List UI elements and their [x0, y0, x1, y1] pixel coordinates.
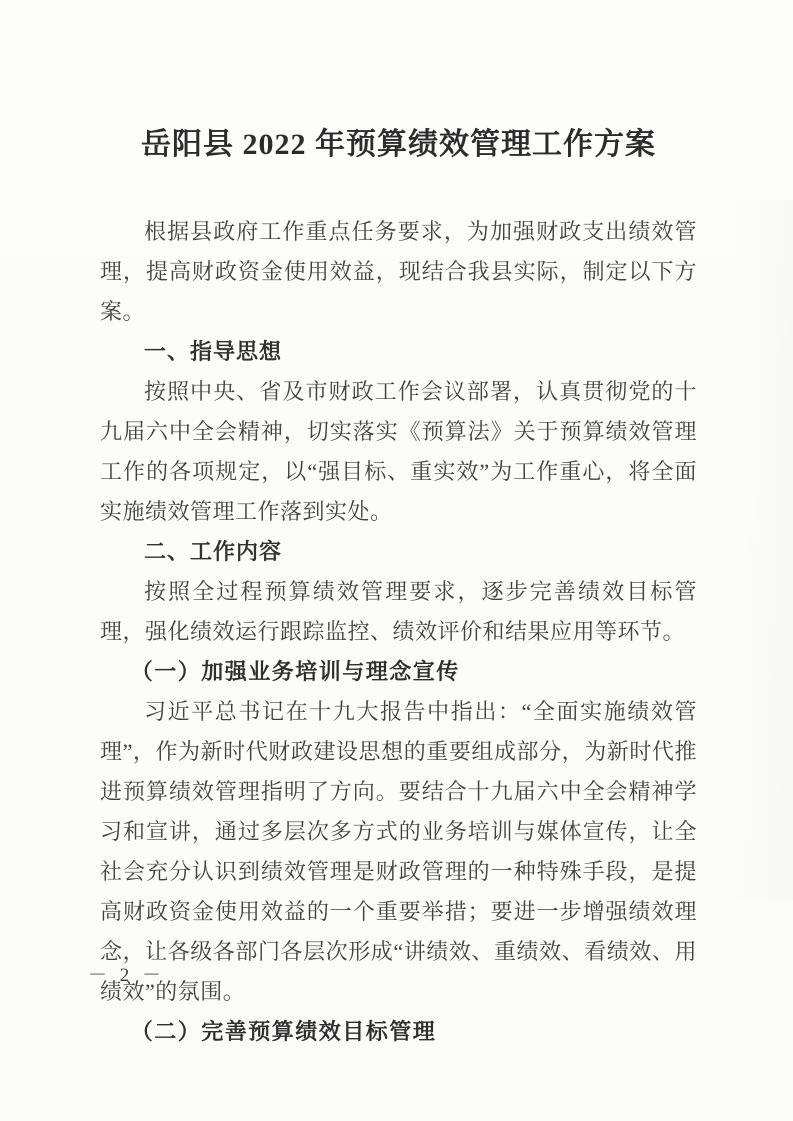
heading-section-2-work-content: 二、工作内容 [100, 532, 697, 572]
scan-shadow-artifact [733, 200, 793, 900]
heading-section-1-guiding-ideology: 一、指导思想 [100, 332, 697, 372]
paragraph-work-content-overview: 按照全过程预算绩效管理要求，逐步完善绩效目标管理，强化绩效运行跟踪监控、绩效评价… [100, 572, 697, 652]
page-number: － 2 － [88, 960, 165, 987]
paragraph-intro: 根据县政府工作重点任务要求，为加强财政支出绩效管理，提高财政资金使用效益，现结合… [100, 212, 697, 332]
heading-subsection-1-training-promotion: （一）加强业务培训与理念宣传 [100, 652, 697, 692]
paragraph-guiding-ideology: 按照中央、省及市财政工作会议部署，认真贯彻党的十九届六中全会精神，切实落实《预算… [100, 372, 697, 532]
heading-subsection-2-target-management: （二）完善预算绩效目标管理 [100, 1012, 697, 1052]
paragraph-training-promotion: 习近平总书记在十九大报告中指出：“全面实施绩效管理”，作为新时代财政建设思想的重… [100, 692, 697, 1012]
document-content: 岳阳县 2022 年预算绩效管理工作方案 根据县政府工作重点任务要求，为加强财政… [100, 122, 697, 1052]
scanned-document-page: 岳阳县 2022 年预算绩效管理工作方案 根据县政府工作重点任务要求，为加强财政… [0, 0, 793, 1121]
document-body: 根据县政府工作重点任务要求，为加强财政支出绩效管理，提高财政资金使用效益，现结合… [100, 212, 697, 1052]
document-title: 岳阳县 2022 年预算绩效管理工作方案 [100, 122, 697, 168]
